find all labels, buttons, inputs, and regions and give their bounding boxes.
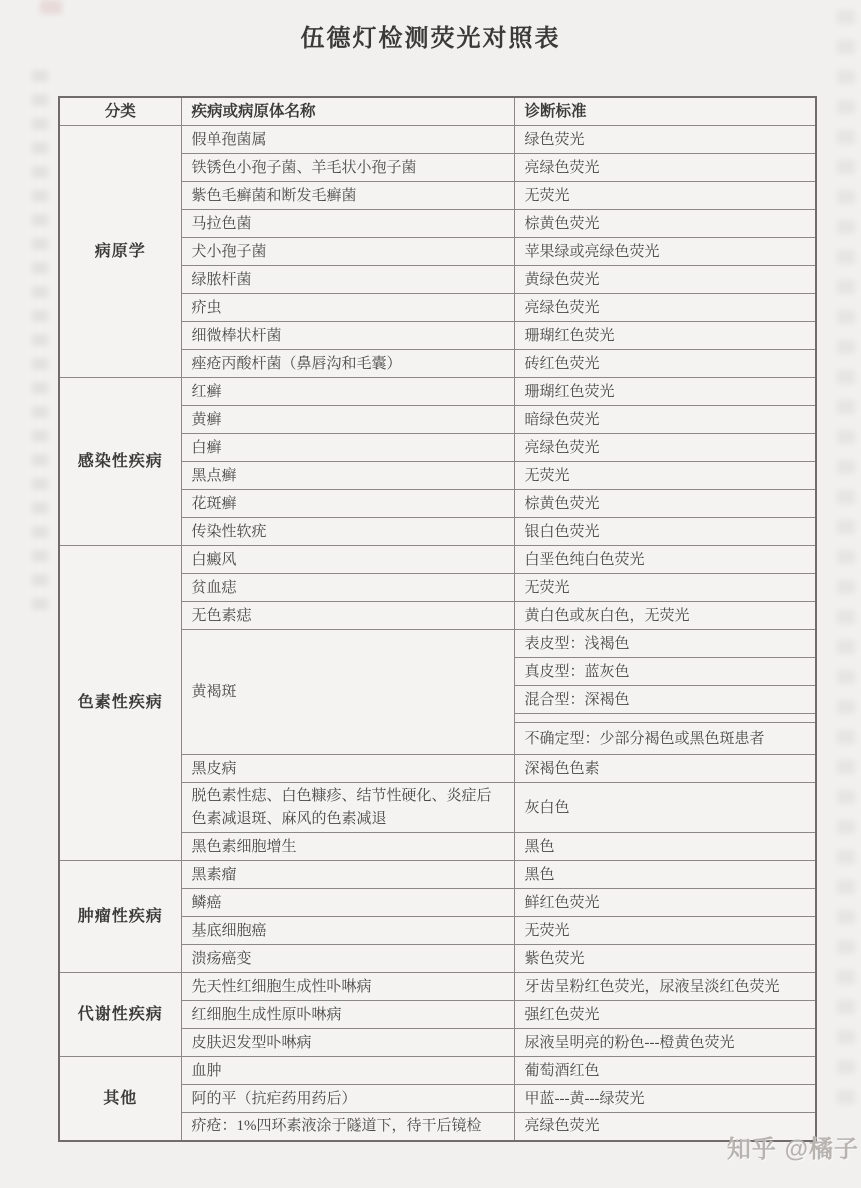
disease-name-cell: 红癣 [181,378,514,406]
category-cell: 色素性疾病 [59,546,181,861]
disease-name-cell: 痤疮丙酸杆菌（鼻唇沟和毛囊） [181,350,514,378]
disease-name-cell: 溃疡癌变 [181,945,514,973]
disease-name-cell: 黑素瘤 [181,861,514,889]
disease-name-cell: 白癜风 [181,546,514,574]
criteria-cell: 不确定型：少部分褐色或黑色斑患者 [514,723,816,755]
criteria-cell: 亮绿色荧光 [514,154,816,182]
disease-name-cell: 绿脓杆菌 [181,266,514,294]
disease-name-cell: 马拉色菌 [181,210,514,238]
disease-name-cell: 鳞癌 [181,889,514,917]
criteria-cell: 珊瑚红色荧光 [514,322,816,350]
scan-bleed-artifact-right [837,10,855,1110]
page-title: 伍德灯检测荧光对照表 [0,18,861,53]
criteria-cell: 暗绿色荧光 [514,406,816,434]
category-cell: 代谢性疾病 [59,973,181,1057]
disease-name-cell: 疥虫 [181,294,514,322]
table-row: 肿瘤性疾病黑素瘤黑色 [59,861,816,889]
criteria-cell: 亮绿色荧光 [514,294,816,322]
criteria-cell: 紫色荧光 [514,945,816,973]
criteria-cell: 亮绿色荧光 [514,434,816,462]
category-cell: 肿瘤性疾病 [59,861,181,973]
disease-name-cell: 血肿 [181,1057,514,1085]
criteria-cell: 白垩色纯白色荧光 [514,546,816,574]
criteria-cell: 表皮型：浅褐色 [514,630,816,658]
scan-bleed-artifact-left [32,70,48,610]
criteria-cell: 苹果绿或亮绿色荧光 [514,238,816,266]
criteria-cell: 无荧光 [514,917,816,945]
disease-name-cell: 红细胞生成性原卟啉病 [181,1001,514,1029]
criteria-cell: 绿色荧光 [514,126,816,154]
criteria-cell: 强红色荧光 [514,1001,816,1029]
criteria-cell: 银白色荧光 [514,518,816,546]
disease-name-cell: 花斑癣 [181,490,514,518]
criteria-cell: 无荧光 [514,574,816,602]
disease-name-cell: 黑皮病 [181,755,514,783]
disease-name-cell: 阿的平（抗疟药用药后） [181,1085,514,1113]
criteria-cell: 尿液呈明亮的粉色---橙黄色荧光 [514,1029,816,1057]
disease-name-cell: 黄癣 [181,406,514,434]
criteria-cell: 深褐色色素 [514,755,816,783]
disease-name-cell: 脱色素性痣、白色糠疹、结节性硬化、炎症后色素减退斑、麻风的色素减退 [181,783,514,833]
disease-name-cell: 犬小孢子菌 [181,238,514,266]
criteria-cell: 灰白色 [514,783,816,833]
category-cell: 病原学 [59,126,181,378]
spacer-cell [514,714,816,723]
criteria-cell: 黑色 [514,833,816,861]
disease-name-cell: 细微棒状杆菌 [181,322,514,350]
disease-name-cell: 假单孢菌属 [181,126,514,154]
criteria-cell: 无荧光 [514,182,816,210]
criteria-cell: 黑色 [514,861,816,889]
criteria-cell: 甲蓝---黄---绿荧光 [514,1085,816,1113]
criteria-cell: 鲜红色荧光 [514,889,816,917]
watermark: 知乎 @橘子 [727,1129,859,1164]
disease-name-cell: 紫色毛癣菌和断发毛癣菌 [181,182,514,210]
disease-name-cell: 先天性红细胞生成性卟啉病 [181,973,514,1001]
disease-name-cell: 传染性软疣 [181,518,514,546]
disease-name-cell: 无色素痣 [181,602,514,630]
table-row: 病原学假单孢菌属绿色荧光 [59,126,816,154]
header-category: 分类 [59,97,181,126]
disease-name-cell: 疥疮：1%四环素液涂于隧道下，待干后镜检 [181,1113,514,1141]
table-row: 代谢性疾病先天性红细胞生成性卟啉病牙齿呈粉红色荧光，尿液呈淡红色荧光 [59,973,816,1001]
table-body: 病原学假单孢菌属绿色荧光铁锈色小孢子菌、羊毛状小孢子菌亮绿色荧光紫色毛癣菌和断发… [59,126,816,1141]
scan-mark-artifact [40,0,62,14]
category-cell: 感染性疾病 [59,378,181,546]
criteria-cell: 棕黄色荧光 [514,210,816,238]
criteria-cell: 珊瑚红色荧光 [514,378,816,406]
scanned-page: 伍德灯检测荧光对照表 分类 疾病或病原体名称 诊断标准 病原学假单孢菌属绿色荧光… [0,0,861,1188]
table-row: 其他血肿葡萄酒红色 [59,1057,816,1085]
criteria-cell: 黄白色或灰白色，无荧光 [514,602,816,630]
disease-name-cell: 贫血痣 [181,574,514,602]
criteria-cell: 葡萄酒红色 [514,1057,816,1085]
criteria-cell: 真皮型：蓝灰色 [514,658,816,686]
header-diagnostic-criteria: 诊断标准 [514,97,816,126]
criteria-cell: 砖红色荧光 [514,350,816,378]
disease-name-cell: 皮肤迟发型卟啉病 [181,1029,514,1057]
disease-name-cell: 铁锈色小孢子菌、羊毛状小孢子菌 [181,154,514,182]
category-cell: 其他 [59,1057,181,1141]
criteria-cell: 无荧光 [514,462,816,490]
table-row: 感染性疾病红癣珊瑚红色荧光 [59,378,816,406]
criteria-cell: 牙齿呈粉红色荧光，尿液呈淡红色荧光 [514,973,816,1001]
criteria-cell: 混合型：深褐色 [514,686,816,714]
disease-name-cell: 黑点癣 [181,462,514,490]
header-row: 分类 疾病或病原体名称 诊断标准 [59,97,816,126]
criteria-cell: 棕黄色荧光 [514,490,816,518]
criteria-cell: 黄绿色荧光 [514,266,816,294]
table-row: 色素性疾病白癜风白垩色纯白色荧光 [59,546,816,574]
disease-name-cell: 黑色素细胞增生 [181,833,514,861]
disease-name-cell: 黄褐斑 [181,630,514,755]
disease-name-cell: 基底细胞癌 [181,917,514,945]
fluorescence-reference-table: 分类 疾病或病原体名称 诊断标准 病原学假单孢菌属绿色荧光铁锈色小孢子菌、羊毛状… [58,96,817,1142]
disease-name-cell: 白癣 [181,434,514,462]
header-disease-name: 疾病或病原体名称 [181,97,514,126]
